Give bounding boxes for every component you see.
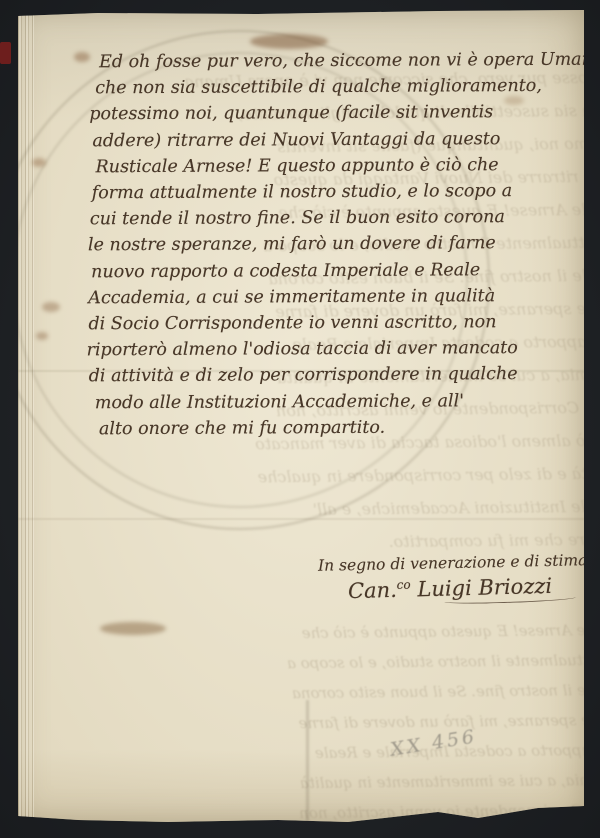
letter-line: di attività e di zelo per corrispondere … xyxy=(89,361,587,390)
letter-line: Accademia, a cui se immeritamente in qua… xyxy=(88,283,586,312)
letter-line: nuovo rapporto a codesta Imperiale e Rea… xyxy=(91,256,586,285)
signature: Can.co Luigi Briozzi xyxy=(348,573,589,603)
scanner-background: Ed oh fosse pur vero, che siccome non vi… xyxy=(0,0,600,838)
letter-body: Ed oh fosse pur vero, che siccome non vi… xyxy=(87,47,587,443)
closing-salutation: In segno di venerazione e di stima xyxy=(318,551,586,575)
letter-line: potessimo noi, quantunque (facile sit in… xyxy=(89,99,585,128)
foxing-spot xyxy=(42,302,60,312)
letter-line: le nostre speranze, mi farò un dovere di… xyxy=(88,230,586,259)
binding-gutter-edges xyxy=(18,10,34,822)
letter-line: alto onore che mi fu compartito. xyxy=(99,414,587,443)
signature-title-superscript: co xyxy=(397,578,411,592)
bleedthrough-text-lower: Rusticale Arnese! E questo appunto è ciò… xyxy=(0,615,600,832)
letter-line: di Socio Corrispondente io venni ascritt… xyxy=(88,309,586,338)
bleedthrough-line: di attività e di zelo per corrispondere … xyxy=(0,456,600,496)
bleedthrough-line: Accademia, a cui se immeritamente in qua… xyxy=(0,765,600,802)
letter-line: modo alle Instituzioni Accademiche, e al… xyxy=(95,387,587,416)
bleedthrough-line: modo alle Instituzioni Accademiche, e al… xyxy=(0,489,600,529)
bleedthrough-line: di Socio Corrispondente io venni ascritt… xyxy=(0,795,600,832)
letter-line: forma attualmente il nostro studio, e lo… xyxy=(92,178,586,207)
ink-stain xyxy=(100,622,166,635)
vertical-fold-crease xyxy=(306,700,309,822)
signature-title: Can. xyxy=(348,578,397,603)
bleedthrough-line: Rusticale Arnese! E questo appunto è ciò… xyxy=(0,615,600,652)
letter-line: Rusticale Arnese! E questo appunto è ciò… xyxy=(96,152,586,181)
bleedthrough-line: forma attualmente il nostro studio, e lo… xyxy=(0,645,600,682)
bleedthrough-line: cui tende il nostro fine. Se il buon esi… xyxy=(0,675,600,712)
ink-stain xyxy=(250,34,328,49)
manuscript-page: Ed oh fosse pur vero, che siccome non vi… xyxy=(18,10,584,822)
foxing-spot xyxy=(32,158,46,167)
letter-line: cui tende il nostro fine. Se il buon esi… xyxy=(90,204,586,233)
archival-pencil-mark: XX 456 xyxy=(389,725,479,760)
letter-line: addere) ritrarre dei Nuovi Vantaggi da q… xyxy=(92,125,585,154)
bleedthrough-line: nuovo rapporto a codesta Imperiale e Rea… xyxy=(0,735,600,772)
letter-line: che non sia suscettibile di qualche migl… xyxy=(95,73,585,102)
letter-line: riporterò almeno l'odiosa taccia di aver… xyxy=(86,335,586,364)
scanner-bed-red-fragment xyxy=(0,42,11,64)
foxing-spot xyxy=(36,332,48,340)
letter-line: Ed oh fosse pur vero, che siccome non vi… xyxy=(99,47,585,76)
signature-name: Luigi Briozzi xyxy=(410,574,552,602)
bleedthrough-line: le nostre speranze, mi farò un dovere di… xyxy=(0,705,600,742)
horizontal-fold-crease xyxy=(18,518,584,520)
